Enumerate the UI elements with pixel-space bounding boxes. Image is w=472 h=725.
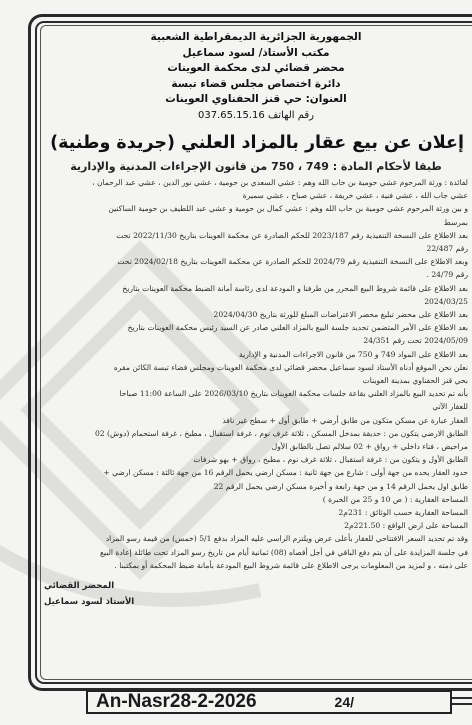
signature-role: المحضر القضائي (44, 578, 468, 594)
notice-body: لفائدة : ورثة المرحوم عشي حومية بن حاب ا… (44, 176, 468, 572)
body-line: بعد الاطلاع على محضر تبليغ محضر الاعتراض… (44, 308, 468, 321)
office-address: العنوان: حي قنز الحفناوي العوينات (44, 92, 468, 108)
bailiff-title: محضر قضائي لدى محكمة العوينات (44, 61, 468, 77)
body-line: 2024/03/25 (44, 295, 468, 308)
body-line: رقم 24/79 . (44, 268, 468, 281)
notice-title: إعلان عن بيع عقار بالمزاد العلني (جريدة … (44, 131, 464, 155)
body-line: بأنه تم تحديد البيع بالمزاد العلني بقاعة… (44, 387, 468, 400)
body-line: وبعد الاطلاع على النسخة التنفيذية رقم 20… (44, 255, 468, 268)
office-name: مكتب الأستاذ/ لسود سماعيل (44, 46, 468, 62)
signature-block: المحضر القضائي الأستاذ لسود سماعيل (44, 578, 468, 610)
body-line: الطابق الارضي يتكون من : حديقة بمدخل الم… (44, 427, 468, 440)
body-line: لفائدة : ورثة المرحوم عشي حومية بن حاب ا… (44, 176, 468, 189)
body-line: عشي جاب الله ، عشي فنية ، عشي خريفة ، عش… (44, 189, 468, 202)
body-line: المساحة العقارية : ( ص 10 و 25 من الخبرة… (44, 493, 468, 506)
body-line: المساحة العقارية حسب الوثائق : 231م2 (44, 506, 468, 519)
body-line: نعلن نحن الموقع أدناه الأستاذ لسود سماعي… (44, 361, 468, 374)
body-line: مراحيض ، فناء داخلي + رواق + 02 سلالم تص… (44, 440, 468, 453)
body-line: وقد تم تحديد السعر الافتتاحي للعقار بأعل… (44, 532, 468, 545)
office-phone: رقم الهاتف 037.65.15.16 (44, 108, 468, 124)
body-line: بمرسط (44, 216, 468, 229)
body-line: المساحة على ارض الواقع : 221.50م2 (44, 519, 468, 532)
body-line: رقم 22/487 (44, 242, 468, 255)
notice-content: الجمهورية الجزائرية الديمقراطية الشعبية … (44, 30, 468, 677)
page-number: 24/ (335, 694, 354, 710)
body-line: و بين ورثة المرحوم عشي حومية بن حاب الله… (44, 202, 468, 215)
body-line: طابق اول يحمل الرقم 14 و من جهة رابعة و … (44, 480, 468, 493)
body-line: الطابق الأول و يتكون من : غرفة استقبال ،… (44, 453, 468, 466)
body-line: العقار عبارة عن مسكن متكون من طابق أرضي … (44, 414, 468, 427)
body-line: بحي قنز الحفناوي بمدينة العوينات (44, 374, 468, 387)
signature-name: الأستاذ لسود سماعيل (44, 594, 468, 610)
notice-subtitle: طبقا لأحكام المادة : 749 ، 750 من قانون … (44, 159, 468, 174)
body-line: 2024/05/09 تحت رقم 24/351 (44, 334, 468, 347)
footer-rule-2 (452, 703, 472, 705)
newspaper-footer: An-Nasr28-2-2026 24/ (86, 690, 452, 714)
body-line: بعد الاطلاع على المواد 749 و 750 من قانو… (44, 348, 468, 361)
body-line: بعد الاطلاع على النسخة التنفيذية رقم 202… (44, 229, 468, 242)
body-line: بعد الاطلاع على الأمر المتضمن تحديد جلسة… (44, 321, 468, 334)
republic-name: الجمهورية الجزائرية الديمقراطية الشعبية (44, 30, 468, 46)
jurisdiction: دائرة اختصاص مجلس قضاء تبسة (44, 77, 468, 93)
body-line: على ذمته ، و لمزيد من المعلومات يرجى الا… (44, 559, 468, 572)
body-line: حدود العقار يحده من جهة أولى : شارع من ج… (44, 466, 468, 479)
issue-label: An-Nasr28-2-2026 (96, 691, 257, 713)
body-line: بعد الاطلاع على قائمة شروط البيع المحرر … (44, 282, 468, 295)
notice-header: الجمهورية الجزائرية الديمقراطية الشعبية … (44, 30, 468, 123)
footer-rule (452, 697, 472, 699)
body-line: للعقار الآتي (44, 400, 468, 413)
body-line: في جلسة المزايدة على أن يتم دفع الباقي ف… (44, 546, 468, 559)
